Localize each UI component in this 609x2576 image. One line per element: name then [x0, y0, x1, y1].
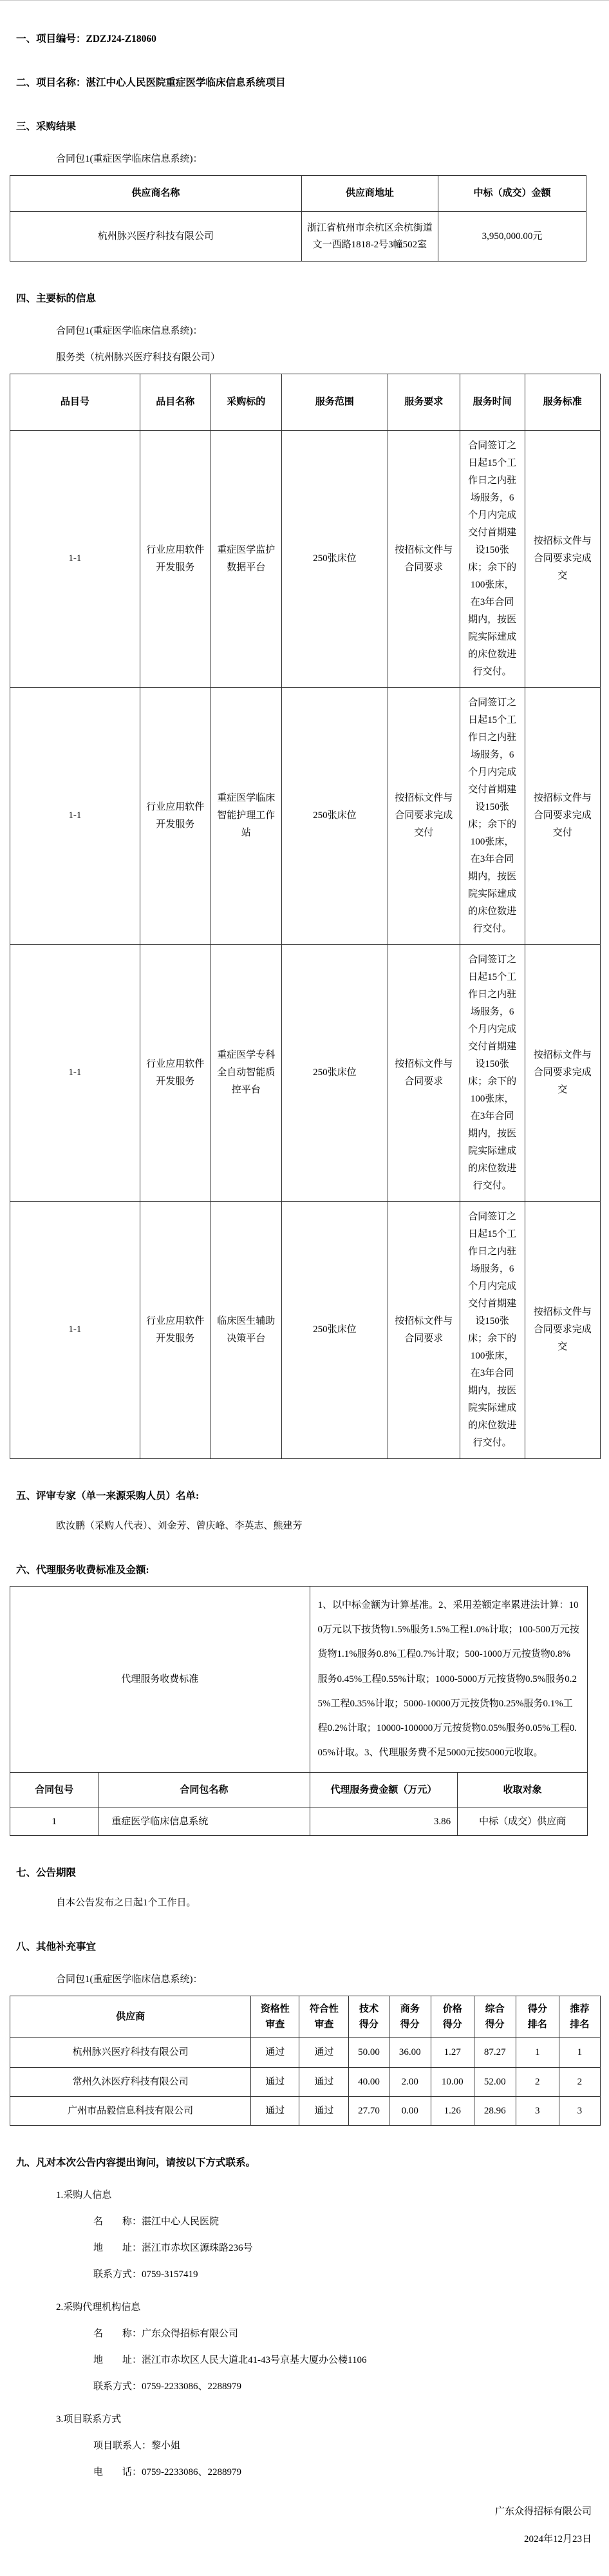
table-row: 杭州脉兴医疗科技有限公司通过通过50.0036.001.2787.2711: [10, 2038, 601, 2067]
column-header: 品目名称: [140, 374, 211, 430]
table-header-row: 供应商名称供应商地址中标（成交）金额: [10, 176, 586, 211]
table-cell: 1-1: [10, 687, 140, 944]
main-bid-info-table: 品目号品目名称采购标的服务范围服务要求服务时间服务标准 1-1行业应用软件开发服…: [10, 374, 601, 1458]
table-row: 常州久沐医疗科技有限公司通过通过40.002.0010.0052.0022: [10, 2067, 601, 2096]
contact-section: 1.采购人信息 名 称：湛江中心人民医院 地 址：湛江市赤坎区源珠路236号 联…: [16, 2189, 593, 2479]
table-cell: 250张床位: [281, 944, 388, 1201]
agency-address: 地 址：湛江市赤坎区人民大道北41-43号京基大厦办公楼1106: [93, 2354, 593, 2367]
table-row: 1-1行业应用软件开发服务重症医学专科全自动智能质控平台250张床位按招标文件与…: [10, 944, 601, 1201]
column-header: 品目号: [10, 374, 140, 430]
agency-info-title: 2.采购代理机构信息: [56, 2301, 593, 2314]
experts-names: 欧汝鹏（采购人代表）、刘金芳、曾庆峰、李英志、熊建芳: [56, 1520, 593, 1533]
project-contact-person: 项目联系人：黎小姐: [93, 2439, 593, 2453]
procurement-result-heading: 三、采购结果: [16, 120, 593, 133]
table-cell: 2: [516, 2067, 559, 2096]
table-cell: 杭州脉兴医疗科技有限公司: [10, 211, 302, 262]
table-cell: 重症医学临床智能护理工作站: [211, 687, 281, 944]
table-cell: 0.00: [389, 2096, 431, 2125]
table-cell: 250张床位: [281, 430, 388, 687]
table-cell: 按招标文件与合同要求: [388, 944, 460, 1201]
table-cell: 通过: [299, 2096, 349, 2125]
column-header: 代理服务费金额（万元）: [310, 1772, 458, 1808]
table-cell: 3: [516, 2096, 559, 2125]
table-cell: 杭州脉兴医疗科技有限公司: [10, 2038, 251, 2067]
table-cell: 重症医学专科全自动智能质控平台: [211, 944, 281, 1201]
table-cell: 合同签订之日起15个工作日之内驻场服务，6个月内完成交付首期建设150张床；余下…: [460, 944, 525, 1201]
table-cell: 1-1: [10, 1201, 140, 1458]
supplement-package-intro: 合同包1(重症医学临床信息系统)：: [56, 1973, 593, 1987]
purchaser-info-title: 1.采购人信息: [56, 2189, 593, 2202]
table-cell: 1: [10, 1808, 98, 1835]
supplier-score-table: 供应商资格性 审查符合性 审查技术 得分商务 得分价格 得分综合 得分得分 排名…: [10, 1996, 601, 2126]
table-header-row: 合同包号合同包名称代理服务费金额（万元）收取对象: [10, 1772, 588, 1808]
table-cell: 通过: [299, 2038, 349, 2067]
column-header: 资格性 审查: [251, 1996, 299, 2038]
supplement-heading: 八、其他补充事宜: [16, 1941, 593, 1954]
table-cell: 通过: [251, 2096, 299, 2125]
table-cell: 常州久沐医疗科技有限公司: [10, 2067, 251, 2096]
main-info-service-intro: 服务类（杭州脉兴医疗科技有限公司）: [56, 351, 593, 365]
table-cell: 40.00: [349, 2067, 389, 2096]
table-cell: 28.96: [474, 2096, 516, 2125]
table-cell: 按招标文件与合同要求完成交: [525, 430, 600, 687]
table-cell: 按招标文件与合同要求完成交付: [388, 687, 460, 944]
result-package-intro: 合同包1(重症医学临床信息系统)：: [56, 153, 593, 166]
table-cell: 36.00: [389, 2038, 431, 2067]
table-cell: 3,950,000.00元: [438, 211, 586, 262]
table-cell: 按招标文件与合同要求完成交: [525, 944, 600, 1201]
column-header: 符合性 审查: [299, 1996, 349, 2038]
notice-period-heading: 七、公告期限: [16, 1867, 593, 1880]
column-header: 服务要求: [388, 374, 460, 430]
purchaser-phone: 联系方式：0759-3157419: [93, 2268, 593, 2282]
table-cell: 1.26: [431, 2096, 474, 2125]
purchaser-address: 地 址：湛江市赤坎区源珠路236号: [93, 2242, 593, 2255]
column-header: 服务时间: [460, 374, 525, 430]
table-cell: 行业应用软件开发服务: [140, 687, 211, 944]
table-cell: 合同签订之日起15个工作日之内驻场服务，6个月内完成交付首期建设150张床；余下…: [460, 687, 525, 944]
table-cell: 通过: [251, 2067, 299, 2096]
column-header: 合同包名称: [98, 1772, 310, 1808]
experts-heading: 五、评审专家（单一来源采购人员）名单:: [16, 1490, 593, 1503]
column-header: 中标（成交）金额: [438, 176, 586, 211]
table-cell: 合同签订之日起15个工作日之内驻场服务，6个月内完成交付首期建设150张床；余下…: [460, 1201, 525, 1458]
table-cell: 1: [516, 2038, 559, 2067]
notice-period-text: 自本公告发布之日起1个工作日。: [56, 1896, 593, 1910]
column-header: 价格 得分: [431, 1996, 474, 2038]
signature-block: 广东众得招标有限公司 2024年12月23日: [16, 2505, 593, 2546]
table-row: 杭州脉兴医疗科技有限公司浙江省杭州市余杭区余杭街道文一西路1818-2号3幢50…: [10, 211, 586, 262]
column-header: 收取对象: [458, 1772, 588, 1808]
column-header: 供应商地址: [301, 176, 438, 211]
signature-date: 2024年12月23日: [16, 2533, 592, 2546]
column-header: 供应商: [10, 1996, 251, 2038]
table-cell: 按招标文件与合同要求: [388, 430, 460, 687]
table-cell: 250张床位: [281, 687, 388, 944]
table-row: 1-1行业应用软件开发服务临床医生辅助决策平台250张床位按招标文件与合同要求合…: [10, 1201, 601, 1458]
project-contact-phone: 电 话：0759-2233086、2288979: [93, 2466, 593, 2479]
table-cell: 行业应用软件开发服务: [140, 944, 211, 1201]
table-cell: 3: [559, 2096, 600, 2125]
project-name-heading: 二、项目名称：湛江中心人民医院重症医学临床信息系统项目: [16, 77, 593, 90]
table-row: 广州市品毅信息科技有限公司通过通过27.700.001.2628.9633: [10, 2096, 601, 2125]
table-cell: 2.00: [389, 2067, 431, 2096]
column-header: 合同包号: [10, 1772, 98, 1808]
project-number-heading: 一、项目编号：ZDZJ24-Z18060: [16, 33, 593, 46]
agency-name: 名 称：广东众得招标有限公司: [93, 2327, 593, 2341]
column-header: 采购标的: [211, 374, 281, 430]
procurement-result-table: 供应商名称供应商地址中标（成交）金额 杭州脉兴医疗科技有限公司浙江省杭州市余杭区…: [10, 175, 586, 262]
table-row: 1重症医学临床信息系统3.86中标（成交）供应商: [10, 1808, 588, 1835]
column-header: 服务范围: [281, 374, 388, 430]
purchaser-name: 名 称：湛江中心人民医院: [93, 2215, 593, 2229]
fee-standard-text: 1、以中标金额为计算基准。2、采用差额定率累进法计算：100万元以下按货物1.5…: [310, 1586, 587, 1772]
announcement-page: 一、项目编号：ZDZJ24-Z18060 二、项目名称：湛江中心人民医院重症医学…: [0, 1, 609, 2576]
table-cell: 按招标文件与合同要求: [388, 1201, 460, 1458]
table-header-row: 品目号品目名称采购标的服务范围服务要求服务时间服务标准: [10, 374, 601, 430]
table-cell: 广州市品毅信息科技有限公司: [10, 2096, 251, 2125]
table-cell: 10.00: [431, 2067, 474, 2096]
column-header: 得分 排名: [516, 1996, 559, 2038]
table-cell: 行业应用软件开发服务: [140, 430, 211, 687]
table-cell: 1-1: [10, 430, 140, 687]
table-cell: 浙江省杭州市余杭区余杭街道文一西路1818-2号3幢502室: [301, 211, 438, 262]
table-cell: 通过: [299, 2067, 349, 2096]
main-info-package-intro: 合同包1(重症医学临床信息系统)：: [56, 325, 593, 338]
table-cell: 临床医生辅助决策平台: [211, 1201, 281, 1458]
table-cell: 50.00: [349, 2038, 389, 2067]
table-cell: 3.86: [310, 1808, 458, 1835]
table-cell: 1-1: [10, 944, 140, 1201]
table-cell: 1.27: [431, 2038, 474, 2067]
column-header: 供应商名称: [10, 176, 302, 211]
column-header: 推荐 排名: [559, 1996, 600, 2038]
table-cell: 重症医学临床信息系统: [98, 1808, 310, 1835]
table-cell: 重症医学监护数据平台: [211, 430, 281, 687]
table-cell: 中标（成交）供应商: [458, 1808, 588, 1835]
table-cell: 52.00: [474, 2067, 516, 2096]
agency-phone: 联系方式：0759-2233086、2288979: [93, 2380, 593, 2394]
agency-fee-heading: 六、代理服务收费标准及金额:: [16, 1564, 593, 1577]
table-cell: 按招标文件与合同要求完成交: [525, 1201, 600, 1458]
table-header-row: 供应商资格性 审查符合性 审查技术 得分商务 得分价格 得分综合 得分得分 排名…: [10, 1996, 601, 2038]
column-header: 商务 得分: [389, 1996, 431, 2038]
contact-heading: 九、凡对本次公告内容提出询问，请按以下方式联系。: [16, 2157, 593, 2170]
fee-standard-label: 代理服务收费标准: [10, 1586, 310, 1772]
signature-company: 广东众得招标有限公司: [16, 2505, 592, 2519]
table-cell: 87.27: [474, 2038, 516, 2067]
fee-standard-row: 代理服务收费标准 1、以中标金额为计算基准。2、采用差额定率累进法计算：100万…: [10, 1586, 588, 1772]
table-cell: 按招标文件与合同要求完成交付: [525, 687, 600, 944]
table-row: 1-1行业应用软件开发服务重症医学临床智能护理工作站250张床位按招标文件与合同…: [10, 687, 601, 944]
column-header: 服务标准: [525, 374, 600, 430]
table-cell: 1: [559, 2038, 600, 2067]
table-cell: 行业应用软件开发服务: [140, 1201, 211, 1458]
table-cell: 27.70: [349, 2096, 389, 2125]
table-cell: 合同签订之日起15个工作日之内驻场服务，6个月内完成交付首期建设150张床；余下…: [460, 430, 525, 687]
table-row: 1-1行业应用软件开发服务重症医学监护数据平台250张床位按招标文件与合同要求合…: [10, 430, 601, 687]
agency-fee-table: 代理服务收费标准 1、以中标金额为计算基准。2、采用差额定率累进法计算：100万…: [10, 1586, 588, 1836]
column-header: 技术 得分: [349, 1996, 389, 2038]
column-header: 综合 得分: [474, 1996, 516, 2038]
table-cell: 250张床位: [281, 1201, 388, 1458]
table-cell: 通过: [251, 2038, 299, 2067]
project-contact-title: 3.项目联系方式: [56, 2413, 593, 2427]
main-bid-info-heading: 四、主要标的信息: [16, 292, 593, 305]
table-cell: 2: [559, 2067, 600, 2096]
